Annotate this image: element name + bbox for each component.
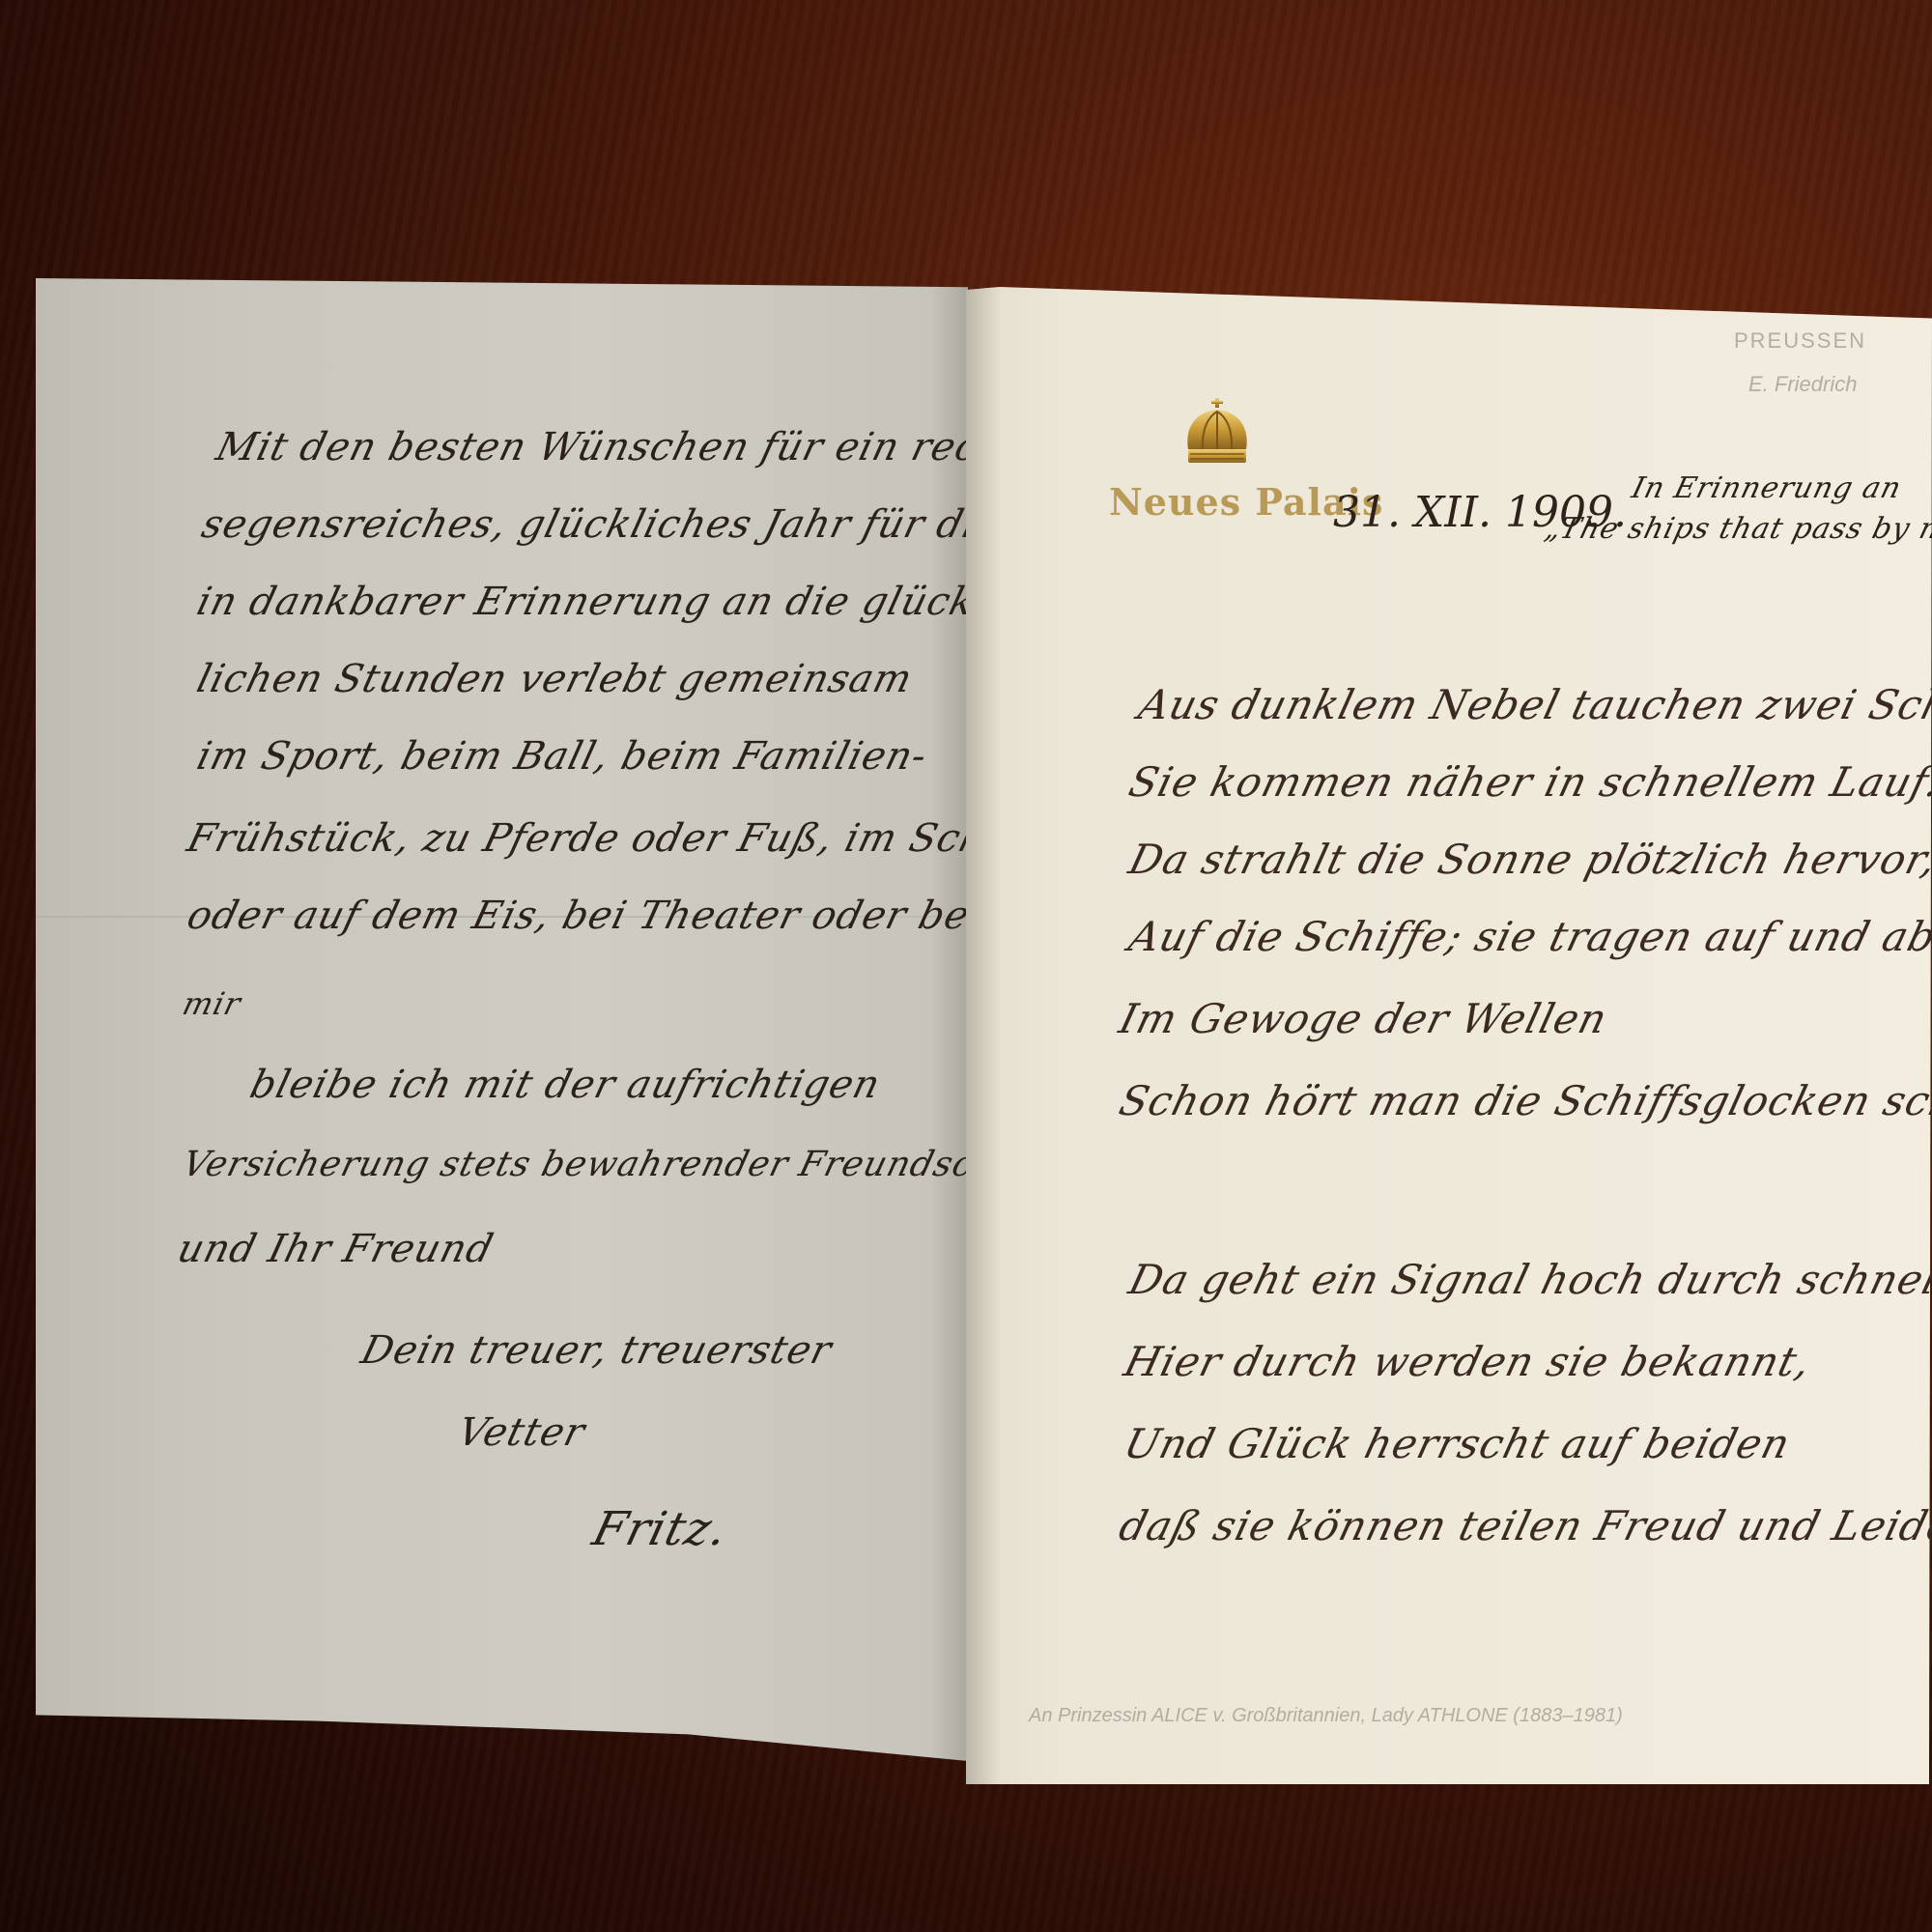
signature-fritz: Fritz. — [587, 1502, 733, 1556]
archive-note-name: E. Friedrich — [1748, 372, 1857, 397]
left-page — [36, 278, 968, 1761]
crown-icon — [1179, 396, 1256, 473]
epigraph-line-2: „The ships that pass by night — [1542, 512, 1932, 546]
poem-line-7: Da geht ein Signal hoch durch schnelle H… — [1124, 1256, 1932, 1303]
poem-line-8: Hier durch werden sie bekannt, — [1120, 1338, 1816, 1385]
left-line-3: in dankbarer Erinnerung an die glück- — [192, 580, 993, 624]
left-line-10: Versicherung stets bewahrender Freundsch… — [179, 1145, 1052, 1184]
poem-line-9: Und Glück herrscht auf beiden — [1120, 1420, 1796, 1467]
left-line-4: lichen Stunden verlebt gemeinsam — [192, 657, 917, 701]
left-line-6: Frühstück, zu Pferde oder Fuß, im Schnee — [183, 816, 1065, 861]
closing-line: Dein treuer, treuerster — [356, 1328, 837, 1373]
left-line-5: im Sport, beim Ball, beim Familien- — [192, 734, 931, 779]
closing-vetter: Vetter — [453, 1410, 589, 1455]
left-line-11: und Ihr Freund — [173, 1227, 497, 1271]
left-line-2: segensreiches, glückliches Jahr für dich… — [197, 502, 1043, 547]
archive-note-prussia: PREUSSEN — [1734, 328, 1866, 354]
center-fold — [966, 287, 1001, 1784]
epigraph-line-1: In Erinnerung an — [1629, 471, 1906, 505]
poem-line-1: Aus dunklem Nebel tauchen zwei Schiffe a… — [1134, 681, 1932, 728]
left-line-1: Mit den besten Wünschen für ein recht — [212, 425, 1026, 469]
poem-line-6: Schon hört man die Schiffsglocken schell… — [1115, 1077, 1932, 1124]
left-line-9: bleibe ich mit der aufrichtigen — [245, 1063, 885, 1107]
poem-line-5: Im Gewoge der Wellen — [1115, 995, 1612, 1042]
poem-line-10: daß sie können teilen Freud und Leiden — [1115, 1502, 1932, 1549]
poem-line-3: Da strahlt die Sonne plötzlich hervor, — [1124, 836, 1932, 883]
left-line-7: oder auf dem Eis, bei Theater oder bei- — [183, 894, 1002, 938]
left-line-8: mir — [179, 985, 244, 1022]
poem-line-2: Sie kommen näher in schnellem Lauf. — [1124, 758, 1932, 806]
footer-archive-note: An Prinzessin ALICE v. Großbritannien, L… — [1029, 1705, 1623, 1727]
poem-line-4: Auf die Schiffe; sie tragen auf und ab — [1124, 913, 1932, 960]
